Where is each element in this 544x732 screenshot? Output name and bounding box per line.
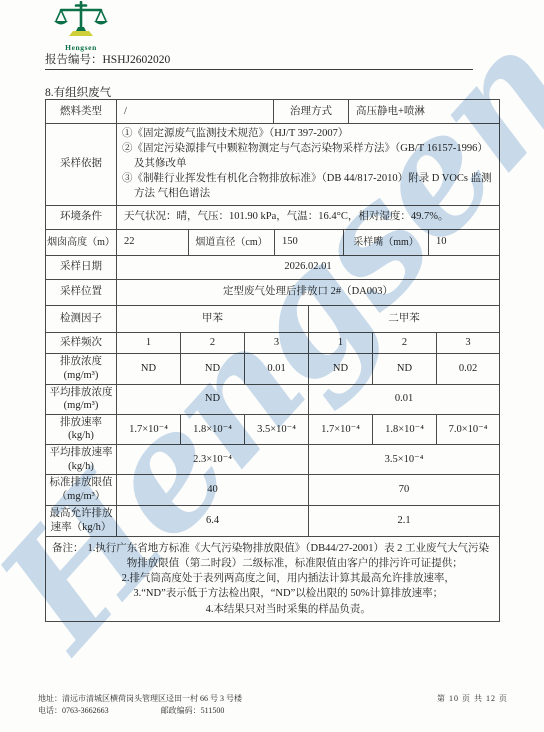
table-row-sampling-frequency: 采样频次 1 2 3 1 2 3 [46, 332, 499, 353]
note-item: 3.“ND”表示低于方法检出限，“ND”以检出限的 50%计算排放速率； [84, 586, 494, 601]
max-rate-label: 最高允许排放速率（kg/h） [46, 506, 116, 536]
notes-label: 备注： [52, 541, 84, 556]
environment-value: 天气状况：晴，气压：101.90 kPa，气温：16.4°C，相对湿度：49.7… [116, 206, 499, 229]
avg-rate-unit: (kg/h) [68, 460, 94, 474]
limit-label-text: 标准排放限值 [50, 476, 113, 490]
max-rate-unit: （kg/h） [72, 522, 112, 533]
rate-value: 1.8×10⁻⁴ [180, 415, 244, 444]
duct-diameter-value: 150 [274, 230, 343, 255]
footer-phone-line: 电话：0763-3662663邮政编码：511500 [38, 705, 242, 717]
address-value: 清远市清城区横荷岗头管理区迳田一村 66 号 3 号楼 [62, 694, 242, 703]
factor-toluene: 甲苯 [116, 306, 308, 332]
duct-diameter-label: 烟道直径（cm） [188, 230, 274, 255]
concentration-value: 0.01 [244, 354, 308, 384]
rate-value: 1.8×10⁻⁴ [372, 415, 436, 444]
concentration-label-text: 排放浓度 [60, 355, 102, 369]
avg-rate-value: 3.5×10⁻⁴ [308, 445, 499, 474]
environment-label: 环境条件 [46, 206, 116, 229]
address-label: 地址： [38, 694, 62, 703]
report-number-line: 报告编号：HSHJ2602020 [45, 51, 473, 70]
concentration-value: ND [372, 354, 436, 384]
company-logo: Hengsen [52, 1, 110, 52]
table-row-average-concentration: 平均排放浓度 (mg/m³) ND 0.01 [46, 384, 499, 414]
phone-value: 0763-3662663 [62, 706, 109, 715]
table-row-fuel-type: 燃料类型 / 治理方式 高压静电+喷淋 [46, 100, 499, 123]
report-number: HSHJ2602020 [103, 54, 171, 66]
rate-value: 1.7×10⁻⁴ [308, 415, 372, 444]
report-number-label: 报告编号： [45, 54, 103, 66]
avg-concentration-value: 0.01 [308, 385, 499, 414]
table-row-sampling-date: 采样日期 2026.02.01 [46, 255, 499, 279]
concentration-value: 0.02 [436, 354, 499, 384]
nozzle-label: 采样嘴（mm） [343, 230, 428, 255]
page-footer: 地址：清远市清城区横荷岗头管理区迳田一村 66 号 3 号楼 电话：0763-3… [38, 693, 508, 718]
footer-contact-block: 地址：清远市清城区横荷岗头管理区迳田一村 66 号 3 号楼 电话：0763-3… [38, 693, 242, 718]
avg-concentration-label-text: 平均排放浓度 [50, 386, 113, 400]
sampling-location-value: 定型废气处理后排放口 2#（DA003） [116, 280, 499, 305]
frequency-value: 2 [372, 333, 436, 353]
table-row-average-rate: 平均排放速率 (kg/h) 2.3×10⁻⁴ 3.5×10⁻⁴ [46, 444, 499, 474]
note-item: 4.本结果只对当时采集的样品负责。 [84, 602, 494, 617]
nozzle-value: 10 [428, 230, 499, 255]
concentration-value: ND [116, 354, 180, 384]
max-rate-value: 6.4 [116, 506, 308, 536]
table-row-environment: 环境条件 天气状况：晴，气压：101.90 kPa，气温：16.4°C，相对湿度… [46, 205, 499, 229]
treatment-method-label: 治理方式 [273, 100, 348, 123]
concentration-value: ND [308, 354, 372, 384]
note-item: 2.排气筒高度处于表列两高度之间，用内插法计算其最高允许排放速率， [84, 571, 494, 586]
avg-concentration-unit: (mg/m³) [64, 399, 99, 413]
table-row-sampling-location: 采样位置 定型废气处理后排放口 2#（DA003） [46, 279, 499, 305]
sampling-location-label: 采样位置 [46, 280, 116, 305]
postcode-label: 邮政编码： [161, 706, 201, 715]
table-row-emission-rate: 排放速率 (kg/h) 1.7×10⁻⁴ 1.8×10⁻⁴ 3.5×10⁻⁴ 1… [46, 414, 499, 444]
max-rate-value: 2.1 [308, 506, 499, 536]
concentration-unit: (mg/m³) [64, 369, 99, 383]
frequency-value: 1 [116, 333, 180, 353]
table-row-standard-limit: 标准排放限值 （mg/m³） 40 70 [46, 474, 499, 504]
postcode-value: 511500 [201, 706, 225, 715]
table-row-emission-concentration: 排放浓度 (mg/m³) ND ND 0.01 ND ND 0.02 [46, 353, 499, 384]
frequency-value: 3 [436, 333, 499, 353]
section-title: 8.有组织废气 [45, 84, 111, 100]
frequency-label: 采样频次 [46, 333, 116, 353]
concentration-label: 排放浓度 (mg/m³) [46, 354, 116, 384]
treatment-method-value: 高压静电+喷淋 [348, 100, 499, 123]
scales-logo-icon [53, 1, 109, 37]
rate-value: 7.0×10⁻⁴ [436, 415, 499, 444]
frequency-value: 1 [308, 333, 372, 353]
rate-label: 排放速率 (kg/h) [46, 415, 116, 444]
fuel-type-label: 燃料类型 [46, 100, 116, 123]
rate-unit: (kg/h) [68, 429, 94, 443]
avg-rate-label-text: 平均排放速率 [50, 446, 113, 460]
sampling-basis-content: ①《固定源废气监测技术规范》（HJ/T 397-2007） ②《固定污染源排气中… [116, 124, 499, 205]
concentration-value: ND [180, 354, 244, 384]
stack-height-label: 烟囱高度（m） [46, 230, 116, 255]
sampling-date-label: 采样日期 [46, 256, 116, 279]
table-row-notes: 备注： 1.执行广东省地方标准《大气污染物排放限值》（DB44/27-2001）… [46, 536, 499, 621]
organized-waste-gas-table: 燃料类型 / 治理方式 高压静电+喷淋 采样依据 ①《固定源废气监测技术规范》（… [45, 99, 500, 622]
stack-height-value: 22 [116, 230, 188, 255]
table-row-sampling-basis: 采样依据 ①《固定源废气监测技术规范》（HJ/T 397-2007） ②《固定污… [46, 123, 499, 205]
factor-xylene: 二甲苯 [308, 306, 499, 332]
fuel-type-value: / [116, 100, 273, 123]
limit-label: 标准排放限值 （mg/m³） [46, 475, 116, 504]
frequency-value: 2 [180, 333, 244, 353]
avg-concentration-value: ND [116, 385, 308, 414]
basis-item: ①《固定源废气监测技术规范》（HJ/T 397-2007） [122, 127, 494, 142]
table-row-max-allowed-rate: 最高允许排放速率（kg/h） 6.4 2.1 [46, 505, 499, 536]
avg-concentration-label: 平均排放浓度 (mg/m³) [46, 385, 116, 414]
limit-value: 70 [308, 475, 499, 504]
rate-value: 3.5×10⁻⁴ [244, 415, 308, 444]
basis-item: ③《制鞋行业挥发性有机化合物排放标准》（DB 44/817-2010）附录 D … [122, 172, 494, 202]
limit-unit: （mg/m³） [57, 490, 106, 504]
frequency-value: 3 [244, 333, 308, 353]
sampling-date-value: 2026.02.01 [116, 256, 499, 279]
note-item: 1.执行广东省地方标准《大气污染物排放限值》（DB44/27-2001）表 2 … [84, 541, 494, 571]
avg-rate-value: 2.3×10⁻⁴ [116, 445, 308, 474]
basis-item: ②《固定污染源排气中颗粒物测定与气态污染物采样方法》（GB/T 16157-19… [122, 142, 494, 172]
table-row-stack-dimensions: 烟囱高度（m） 22 烟道直径（cm） 150 采样嘴（mm） 10 [46, 229, 499, 255]
notes-content: 备注： 1.执行广东省地方标准《大气污染物排放限值》（DB44/27-2001）… [46, 537, 499, 621]
avg-rate-label: 平均排放速率 (kg/h) [46, 445, 116, 474]
phone-label: 电话： [38, 706, 62, 715]
table-row-detection-factors: 检测因子 甲苯 二甲苯 [46, 305, 499, 332]
limit-value: 40 [116, 475, 308, 504]
footer-address-line: 地址：清远市清城区横荷岗头管理区迳田一村 66 号 3 号楼 [38, 693, 242, 705]
sampling-basis-label: 采样依据 [46, 124, 116, 205]
detection-factor-label: 检测因子 [46, 306, 116, 332]
rate-label-text: 排放速率 [60, 416, 102, 430]
rate-value: 1.7×10⁻⁴ [116, 415, 180, 444]
page-indicator: 第 10 页 共 12 页 [437, 693, 508, 704]
